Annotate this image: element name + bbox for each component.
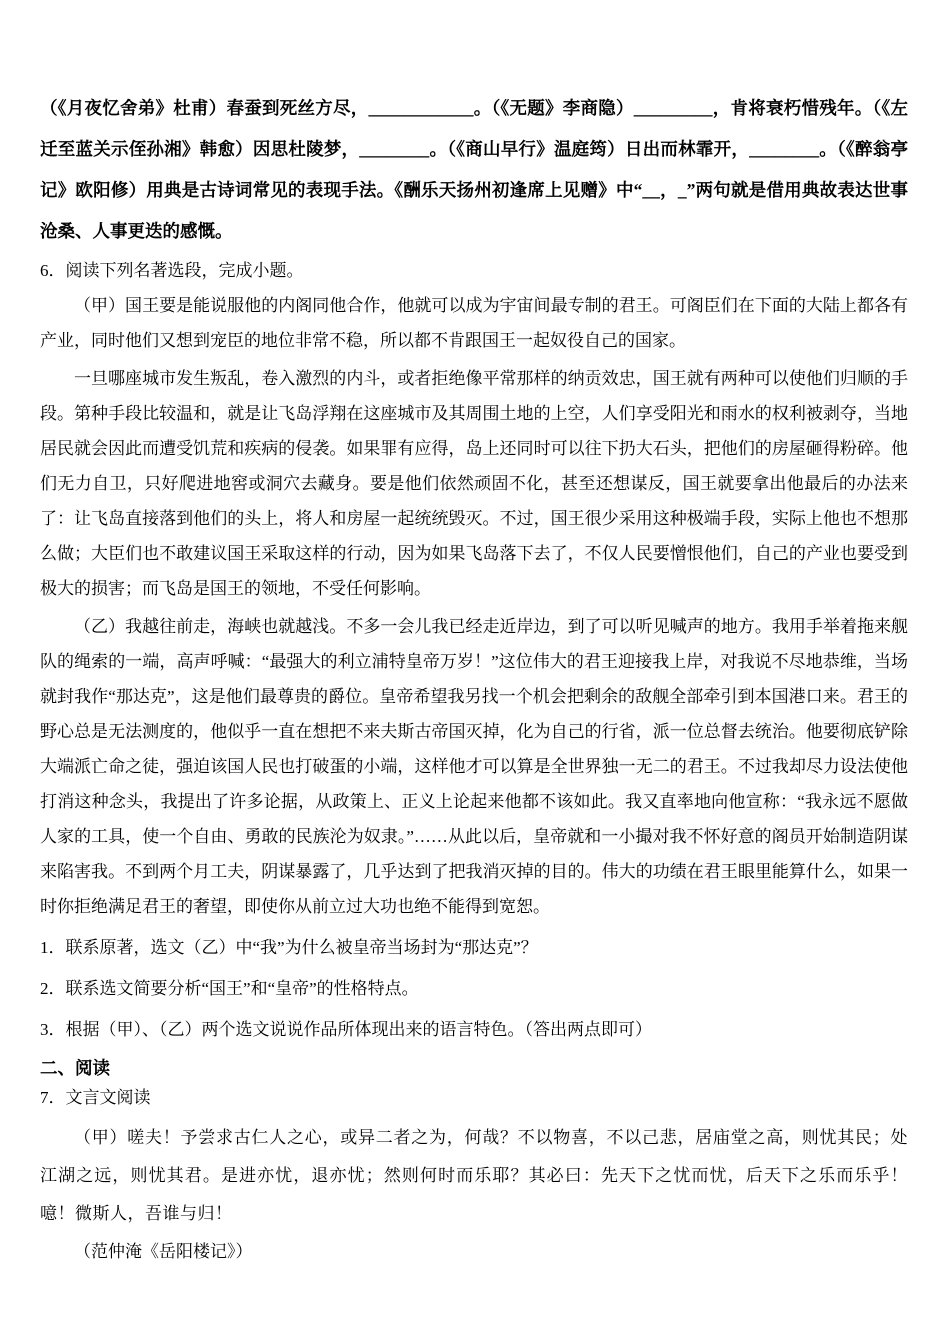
exam-document-page: （《月夜忆舍弟》杜甫）春蚕到死丝方尽，____________。（《无题》李商隐… — [0, 0, 950, 1344]
section2-heading: 二、阅读 — [40, 1055, 908, 1081]
subquestion-3: 3．根据（甲）、（乙）两个选文说说作品所体现出来的语言特色。（答出两点即可） — [40, 1012, 908, 1047]
question7-stem: 7．文言文阅读 — [40, 1085, 908, 1111]
subquestion-2: 2．联系选文简要分析“国王”和“皇帝”的性格特点。 — [40, 971, 908, 1006]
subquestion-1: 1．联系原著，选文（乙）中“我”为什么被皇帝当场封为“那达克”？ — [40, 930, 908, 965]
passage-yi-paragraph: （乙）我越往前走，海峡也就越浅。不多一会儿我已经走近岸边，到了可以听见喊声的地方… — [40, 609, 908, 924]
passage-jia-paragraph-2: 一旦哪座城市发生叛乱，卷入激烈的内斗，或者拒绝像平常那样的纳贡效忠，国王就有两种… — [40, 361, 908, 606]
classical-passage-source: （范仲淹《岳阳楼记》） — [40, 1233, 908, 1271]
intro-fill-in-blank-paragraph: （《月夜忆舍弟》杜甫）春蚕到死丝方尽，____________。（《无题》李商隐… — [40, 88, 908, 252]
passage-jia-paragraph-1: （甲）国王要是能说服他的内阁同他合作，他就可以成为宇宙间最专制的君王。可阁臣们在… — [40, 288, 908, 358]
classical-passage-yueyanglou: （甲）嗟夫！予尝求古仁人之心，或异二者之为，何哉？不以物喜，不以己悲，居庙堂之高… — [40, 1119, 908, 1233]
question6-stem: 6．阅读下列名著选段，完成小题。 — [40, 257, 908, 285]
